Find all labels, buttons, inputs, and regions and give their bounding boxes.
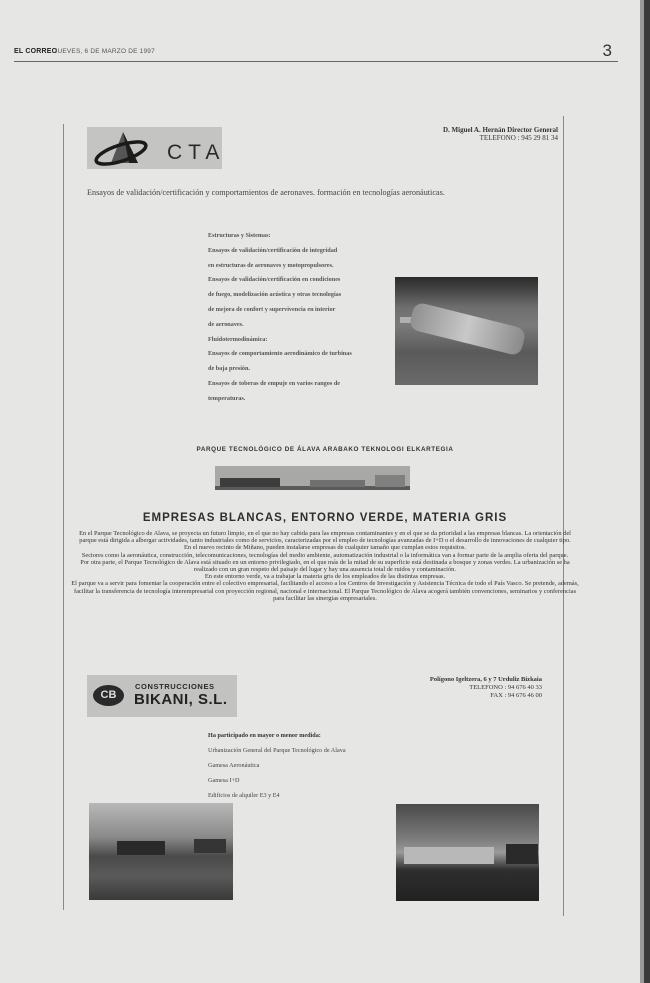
technology-park-panorama [215, 466, 410, 490]
photo-detail [220, 478, 280, 487]
list-item: Ensayos de validación/certificación de i… [208, 244, 373, 259]
photo-detail [310, 480, 365, 487]
article-paragraph: En el Parque Tecnológico de Alava, se pr… [70, 530, 580, 544]
cta-emblem-icon [93, 129, 153, 169]
aircraft-hangar-photo [395, 277, 538, 385]
bikani-contact: Polígono Igeltzera, 6 y 7 Urduliz Bizkai… [430, 676, 542, 700]
cta-logo-text: CTA [167, 141, 225, 165]
bikani-fax: FAX : 94 676 46 00 [430, 692, 542, 700]
photo-detail [194, 839, 226, 853]
article-body: En el Parque Tecnológico de Alava, se pr… [70, 530, 580, 602]
masthead: EL CORREO JUEVES, 6 DE MARZO DE 1997 3 [14, 47, 618, 61]
list-item: de fuego, modelización acústica y otras … [208, 288, 373, 303]
park-buildings-photo-right [396, 804, 539, 901]
cta-logo: CTA [87, 127, 222, 169]
list-item: Urbanización General del Parque Tecnológ… [208, 743, 346, 758]
cta-contact-phone: TELEFONO : 945 29 81 34 [443, 134, 558, 142]
article-headline: EMPRESAS BLANCAS, ENTORNO VERDE, MATERIA… [0, 512, 650, 524]
article-paragraph: En el nuevo recinto de Miñano, pueden in… [70, 544, 580, 551]
bikani-emblem-icon: CB [93, 685, 124, 706]
list-item: Ensayos de comportamiento aerodinámico d… [208, 347, 373, 362]
list-item: Ensayos de validación/certificación en c… [208, 273, 373, 288]
parque-heading: PARQUE TECNOLÓGICO DE ÁLAVA ARABAKO TEKN… [0, 446, 650, 453]
article-paragraph: Sectores como la aeronáutica, construcci… [70, 552, 580, 559]
bikani-projects-list: Ha participado en mayor o menor medida: … [208, 728, 346, 803]
list-item: Gamesa Aeronáutica [208, 758, 346, 773]
photo-detail [408, 302, 526, 357]
list-item: Gamesa I+D [208, 773, 346, 788]
list-item: Estructuras y Sistemas: [208, 229, 373, 244]
masthead-rule [14, 61, 618, 62]
list-item: Edificios de alquiler E3 y E4 [208, 788, 346, 803]
list-item: Fluidotermodinámica: [208, 333, 373, 348]
newspaper-name: EL CORREO [14, 48, 57, 55]
photo-detail [117, 841, 165, 855]
park-buildings-photo-left [89, 803, 233, 900]
bikani-phone: TELEFONO : 94 676 40 33 [430, 684, 542, 692]
bikani-address: Polígono Igeltzera, 6 y 7 Urduliz Bizkai… [430, 676, 542, 684]
bikani-logo: CB CONSTRUCCIONES BIKANI, S.L. [87, 675, 237, 717]
list-item: Ensayos de toberas de empuje en varios r… [208, 377, 373, 392]
bikani-logo-subtitle: CONSTRUCCIONES [135, 682, 215, 691]
article-paragraph: Por otra parte, el Parque Tecnológico de… [70, 559, 580, 573]
article-paragraph: En este entorno verde, va a trabajar la … [70, 573, 580, 580]
list-item: de mejora de confort y supervivencia en … [208, 303, 373, 318]
photo-detail [375, 475, 405, 487]
cta-services-list: Estructuras y Sistemas: Ensayos de valid… [208, 229, 373, 407]
bikani-list-lead: Ha participado en mayor o menor medida: [208, 728, 346, 743]
photo-detail [404, 847, 494, 864]
list-item: de aeronaves. [208, 318, 373, 333]
issue-date: JUEVES, 6 DE MARZO DE 1997 [54, 48, 155, 55]
bikani-logo-name: BIKANI, S.L. [134, 691, 228, 708]
photo-detail [506, 844, 538, 864]
list-item: temperaturas. [208, 392, 373, 407]
article-paragraph: El parque va a servir para fomentar la c… [70, 580, 580, 602]
cta-contact: D. Miguel A. Hernán Director General TEL… [443, 126, 558, 142]
cta-tagline: Ensayos de validación/certificación y co… [87, 188, 445, 197]
list-item: de baja presión. [208, 362, 373, 377]
page-gutter [644, 0, 650, 983]
page-number: 3 [603, 41, 612, 61]
cta-contact-name: D. Miguel A. Hernán Director General [443, 126, 558, 134]
list-item: en estructuras de aeronaves y motopropul… [208, 259, 373, 274]
